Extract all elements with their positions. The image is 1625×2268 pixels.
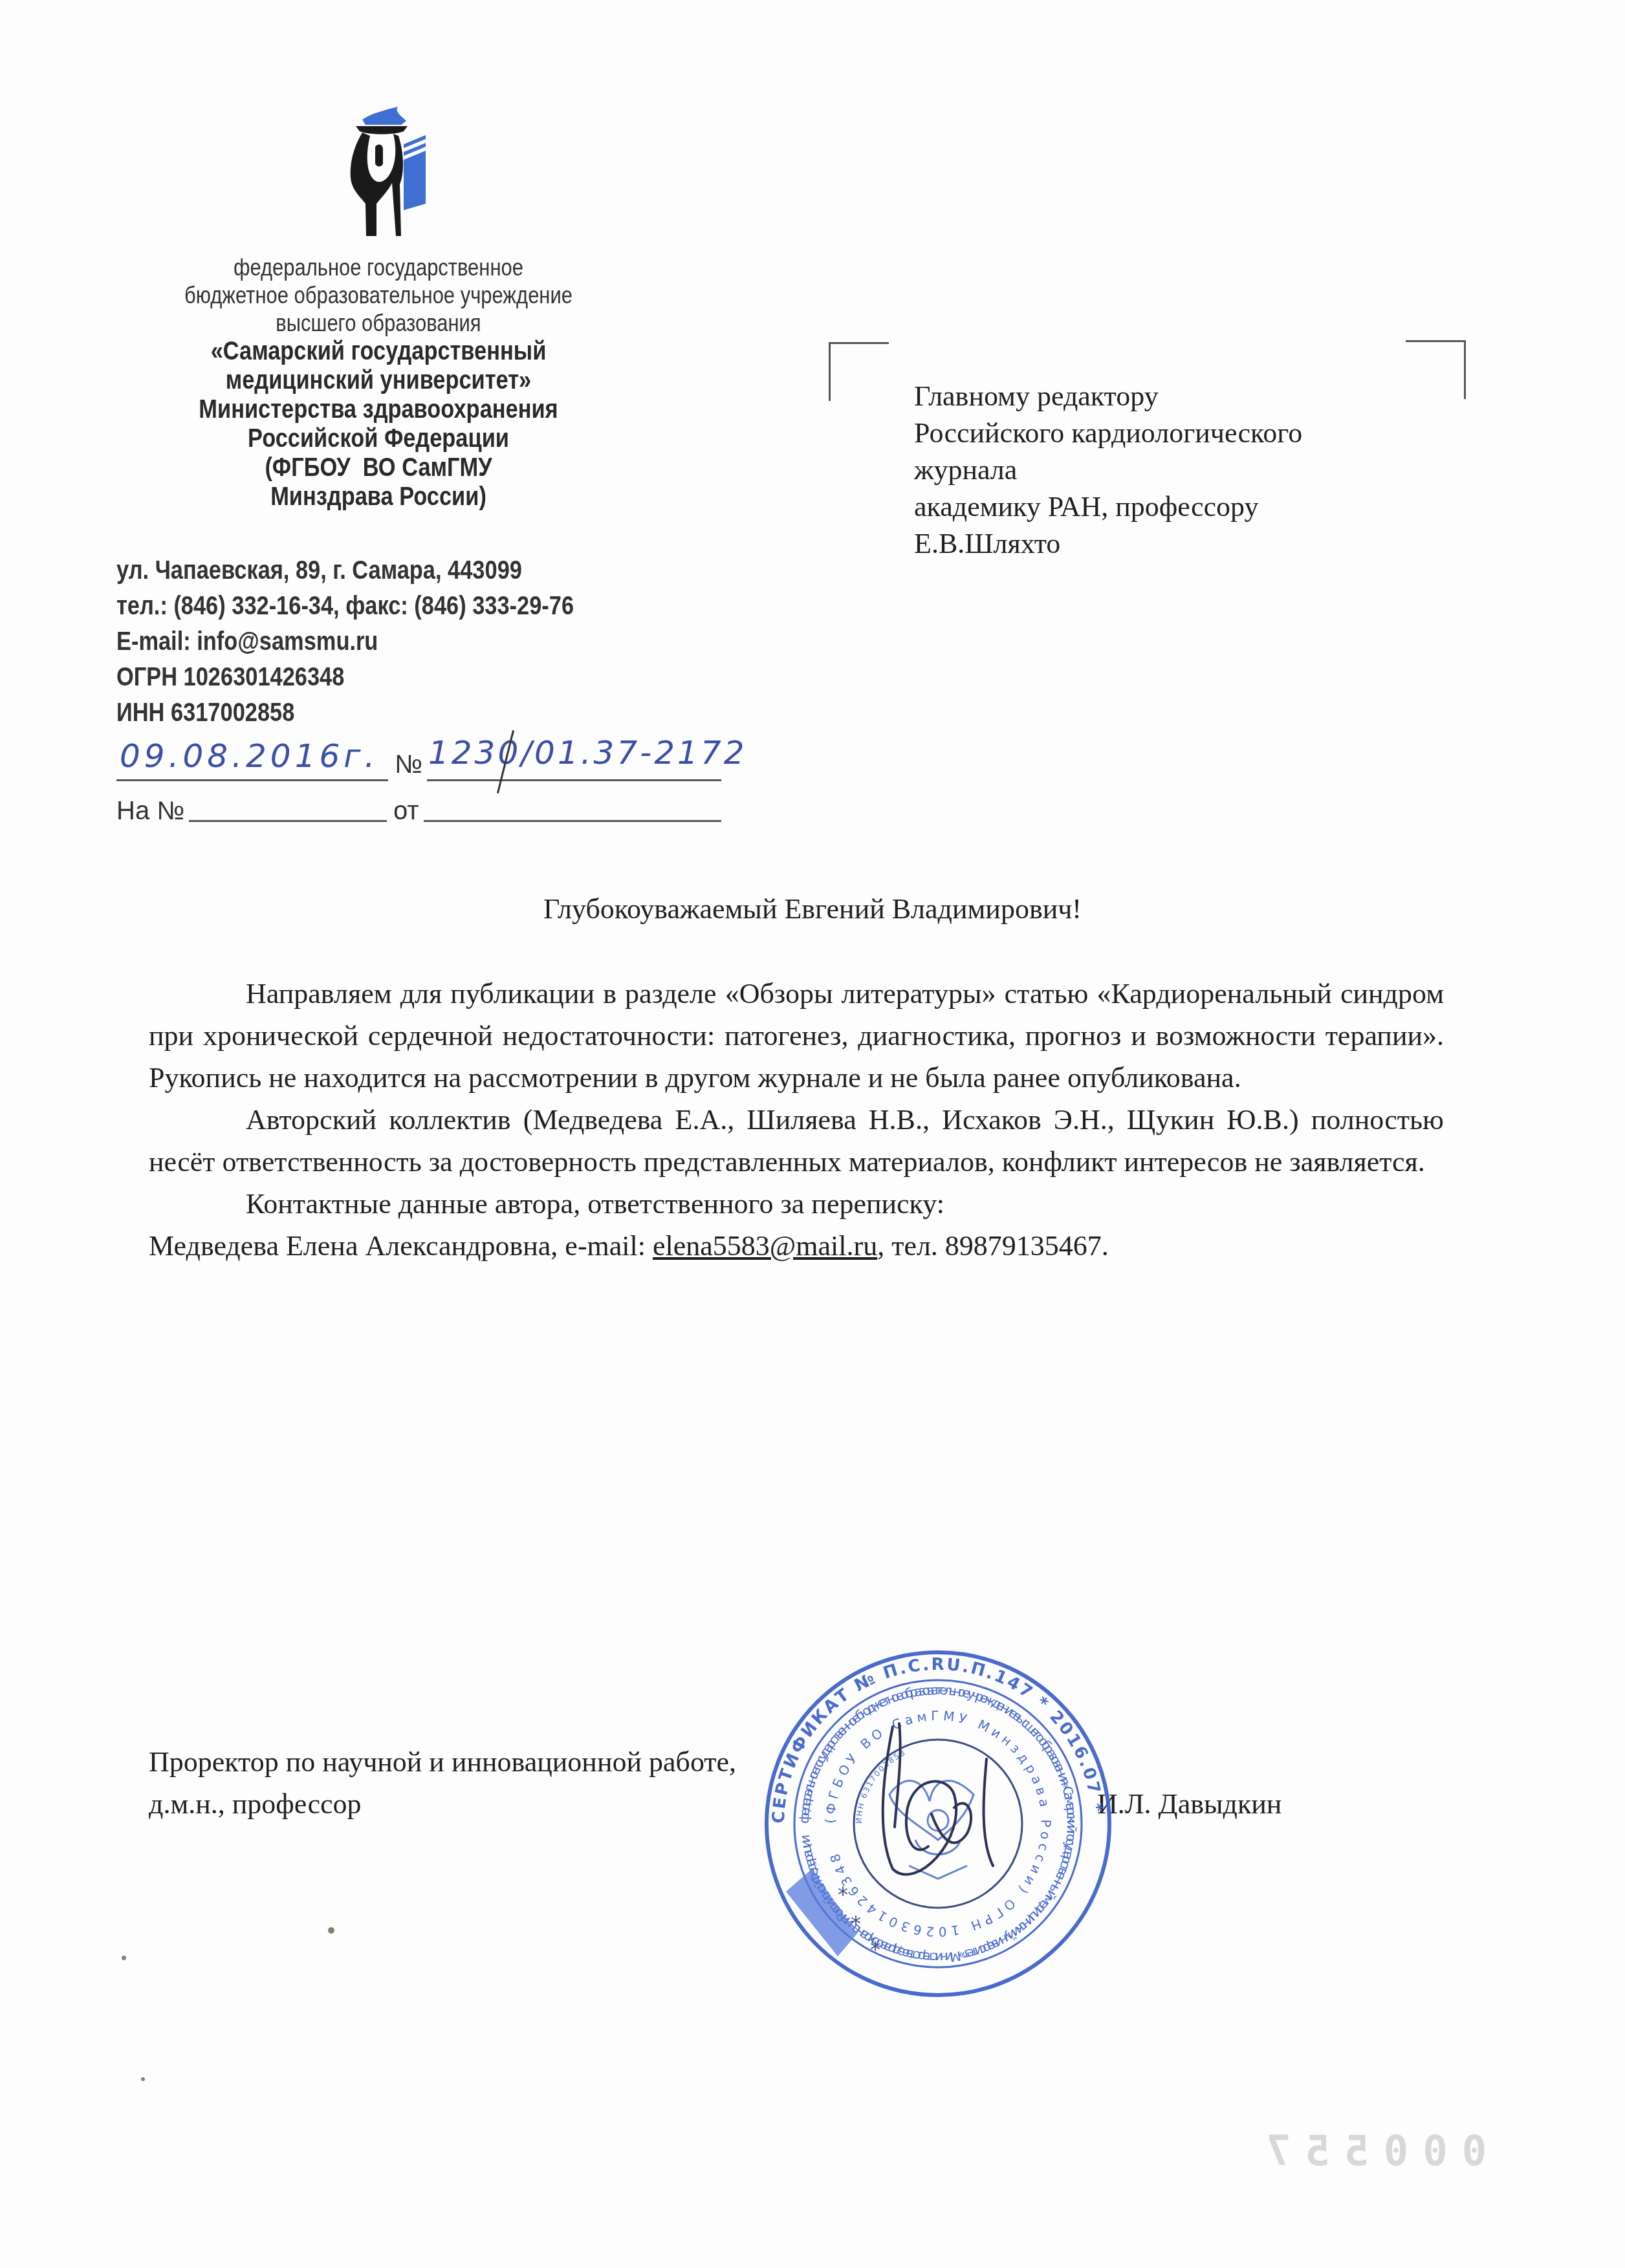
- stamp-inner-text: (ФГБОУ ВО СамГМУ Минздрава России) ОГРН …: [822, 1708, 1054, 1939]
- official-seal-stamp-icon: СЕРТИФИКАТ № П.С.RU.П.147 * 2016.07 * фе…: [760, 1646, 1116, 2002]
- svg-text:*: *: [851, 1911, 861, 1936]
- reply-number-field[interactable]: [189, 820, 387, 822]
- salutation: Глубокоуважаемый Евгений Владимирович!: [0, 892, 1625, 925]
- author-email-link[interactable]: elena5583@mail.ru: [653, 1230, 877, 1262]
- handwritten-signature: [883, 1723, 993, 1874]
- addressee-bracket-left: [829, 342, 889, 401]
- svg-text:(ФГБОУ ВО СамГМУ Минздрава Рос: (ФГБОУ ВО СамГМУ Минздрава России) ОГРН …: [822, 1708, 1054, 1939]
- addressee-line: академику РАН, профессору: [914, 488, 1432, 525]
- scan-speck: [141, 2077, 145, 2081]
- svg-text:*: *: [838, 1882, 848, 1906]
- paragraph-authors: Авторский коллектив (Медведева Е.А., Шил…: [149, 1099, 1444, 1183]
- handwritten-date: 09.08.2016г.: [120, 737, 378, 775]
- number-label: №: [395, 750, 422, 779]
- contact-phone: , тел. 89879135467.: [877, 1230, 1109, 1262]
- signatory-name: И.Л. Давыдкин: [1097, 1783, 1281, 1825]
- bleed-through-serial: 000557: [1252, 2128, 1487, 2176]
- addressee-line: Е.В.Шляхто: [914, 525, 1432, 562]
- svg-text:*: *: [870, 1937, 880, 1961]
- letter-body: Направляем для публикации в разделе «Обз…: [149, 973, 1444, 1267]
- signatory-position: Проректор по научной и инновационной раб…: [149, 1741, 736, 1825]
- reply-number-label: На №: [116, 797, 184, 826]
- paragraph-contact-intro: Контактные данные автора, ответственного…: [149, 1183, 1444, 1225]
- addressee-line: Российского кардиологического: [914, 415, 1432, 451]
- addressee-block: Главному редактору Российского кардиолог…: [914, 378, 1432, 562]
- paragraph-submission: Направляем для публикации в разделе «Обз…: [149, 973, 1444, 1099]
- date-underline: [116, 779, 388, 781]
- from-date-field[interactable]: [424, 820, 721, 822]
- addressee-line: Главному редактору: [914, 378, 1432, 415]
- addressee-line: журнала: [914, 451, 1432, 488]
- position-line: Проректор по научной и инновационной раб…: [149, 1741, 736, 1783]
- number-underline: [427, 779, 721, 781]
- contact-line: Медведева Елена Александровна, e-mail: e…: [149, 1225, 1444, 1267]
- handwritten-number: 1230/01.37-2172: [428, 734, 747, 772]
- contact-name: Медведева Елена Александровна, e-mail:: [149, 1230, 653, 1262]
- scan-speck: [328, 1927, 334, 1934]
- scan-speck: [122, 1956, 126, 1960]
- from-label: от: [393, 797, 419, 826]
- degree-line: д.м.н., профессор: [149, 1783, 736, 1825]
